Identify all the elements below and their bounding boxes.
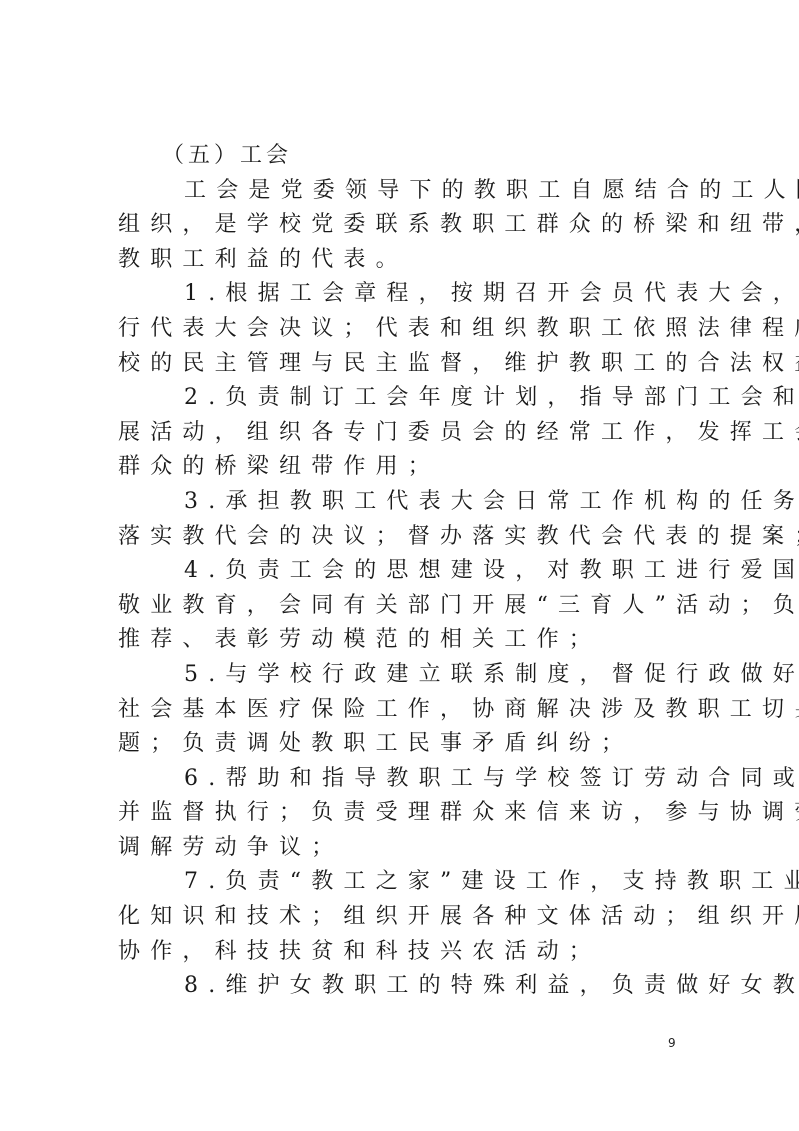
text-line: 展活动，组织各专门委员会的经常工作，发挥工会联系党和	[118, 416, 682, 451]
text-line: 社会基本医疗保险工作，协商解决涉及教职工切身利益的问	[118, 693, 682, 728]
list-item-6: 6.帮助和指导教职工与学校签订劳动合同或劳务协议，	[118, 762, 682, 797]
text-line: 群众的桥梁纽带作用；	[118, 450, 682, 485]
list-item-8: 8.维护女教职工的特殊利益，负责做好女教职工的工	[118, 969, 682, 1004]
section-heading: （五）工会	[118, 139, 682, 174]
document-page: （五）工会 工会是党委领导下的教职工自愿结合的工人阶级群众 组织，是学校党委联系…	[0, 0, 799, 1131]
list-item-4: 4.负责工会的思想建设，对教职工进行爱国主义和爱岗	[118, 554, 682, 589]
text-line: 工会是党委领导下的教职工自愿结合的工人阶级群众	[118, 174, 682, 209]
text-line: 敬业教育，会同有关部门开展“三育人”活动；负责培养、	[118, 589, 682, 624]
text-line: 教职工利益的代表。	[118, 243, 682, 278]
text-line: 组织，是学校党委联系教职工群众的桥梁和纽带，是会员和	[118, 208, 682, 243]
text-line: 化知识和技术；组织开展各种文体活动；组织开展科学技术	[118, 900, 682, 935]
text-line: 行代表大会决议；代表和组织教职工依照法律程序，参加学	[118, 312, 682, 347]
text-line: 协作，科技扶贫和科技兴农活动；	[118, 935, 682, 970]
list-item-3: 3.承担教职工代表大会日常工作机构的任务，负责督办	[118, 485, 682, 520]
list-item-1: 1.根据工会章程，按期召开会员代表大会，组织贯彻执	[118, 277, 682, 312]
text-line: 推荐、表彰劳动模范的相关工作；	[118, 623, 682, 658]
text-line: 调解劳动争议；	[118, 831, 682, 866]
page-number: 9	[668, 1036, 676, 1050]
list-item-5: 5.与学校行政建立联系制度，督促行政做好劳动保护、	[118, 658, 682, 693]
text-line: 题；负责调处教职工民事矛盾纠纷；	[118, 727, 682, 762]
list-item-2: 2.负责制订工会年度计划，指导部门工会和工会小组开	[118, 381, 682, 416]
text-line: 并监督执行；负责受理群众来信来访，参与协调劳动关系和	[118, 796, 682, 831]
text-line: 落实教代会的决议；督办落实教代会代表的提案；	[118, 520, 682, 555]
list-item-7: 7.负责“教工之家”建设工作，支持教职工业余学习文	[118, 865, 682, 900]
text-line: 校的民主管理与民主监督，维护教职工的合法权益；	[118, 347, 682, 382]
page-body: （五）工会 工会是党委领导下的教职工自愿结合的工人阶级群众 组织，是学校党委联系…	[118, 139, 682, 1004]
